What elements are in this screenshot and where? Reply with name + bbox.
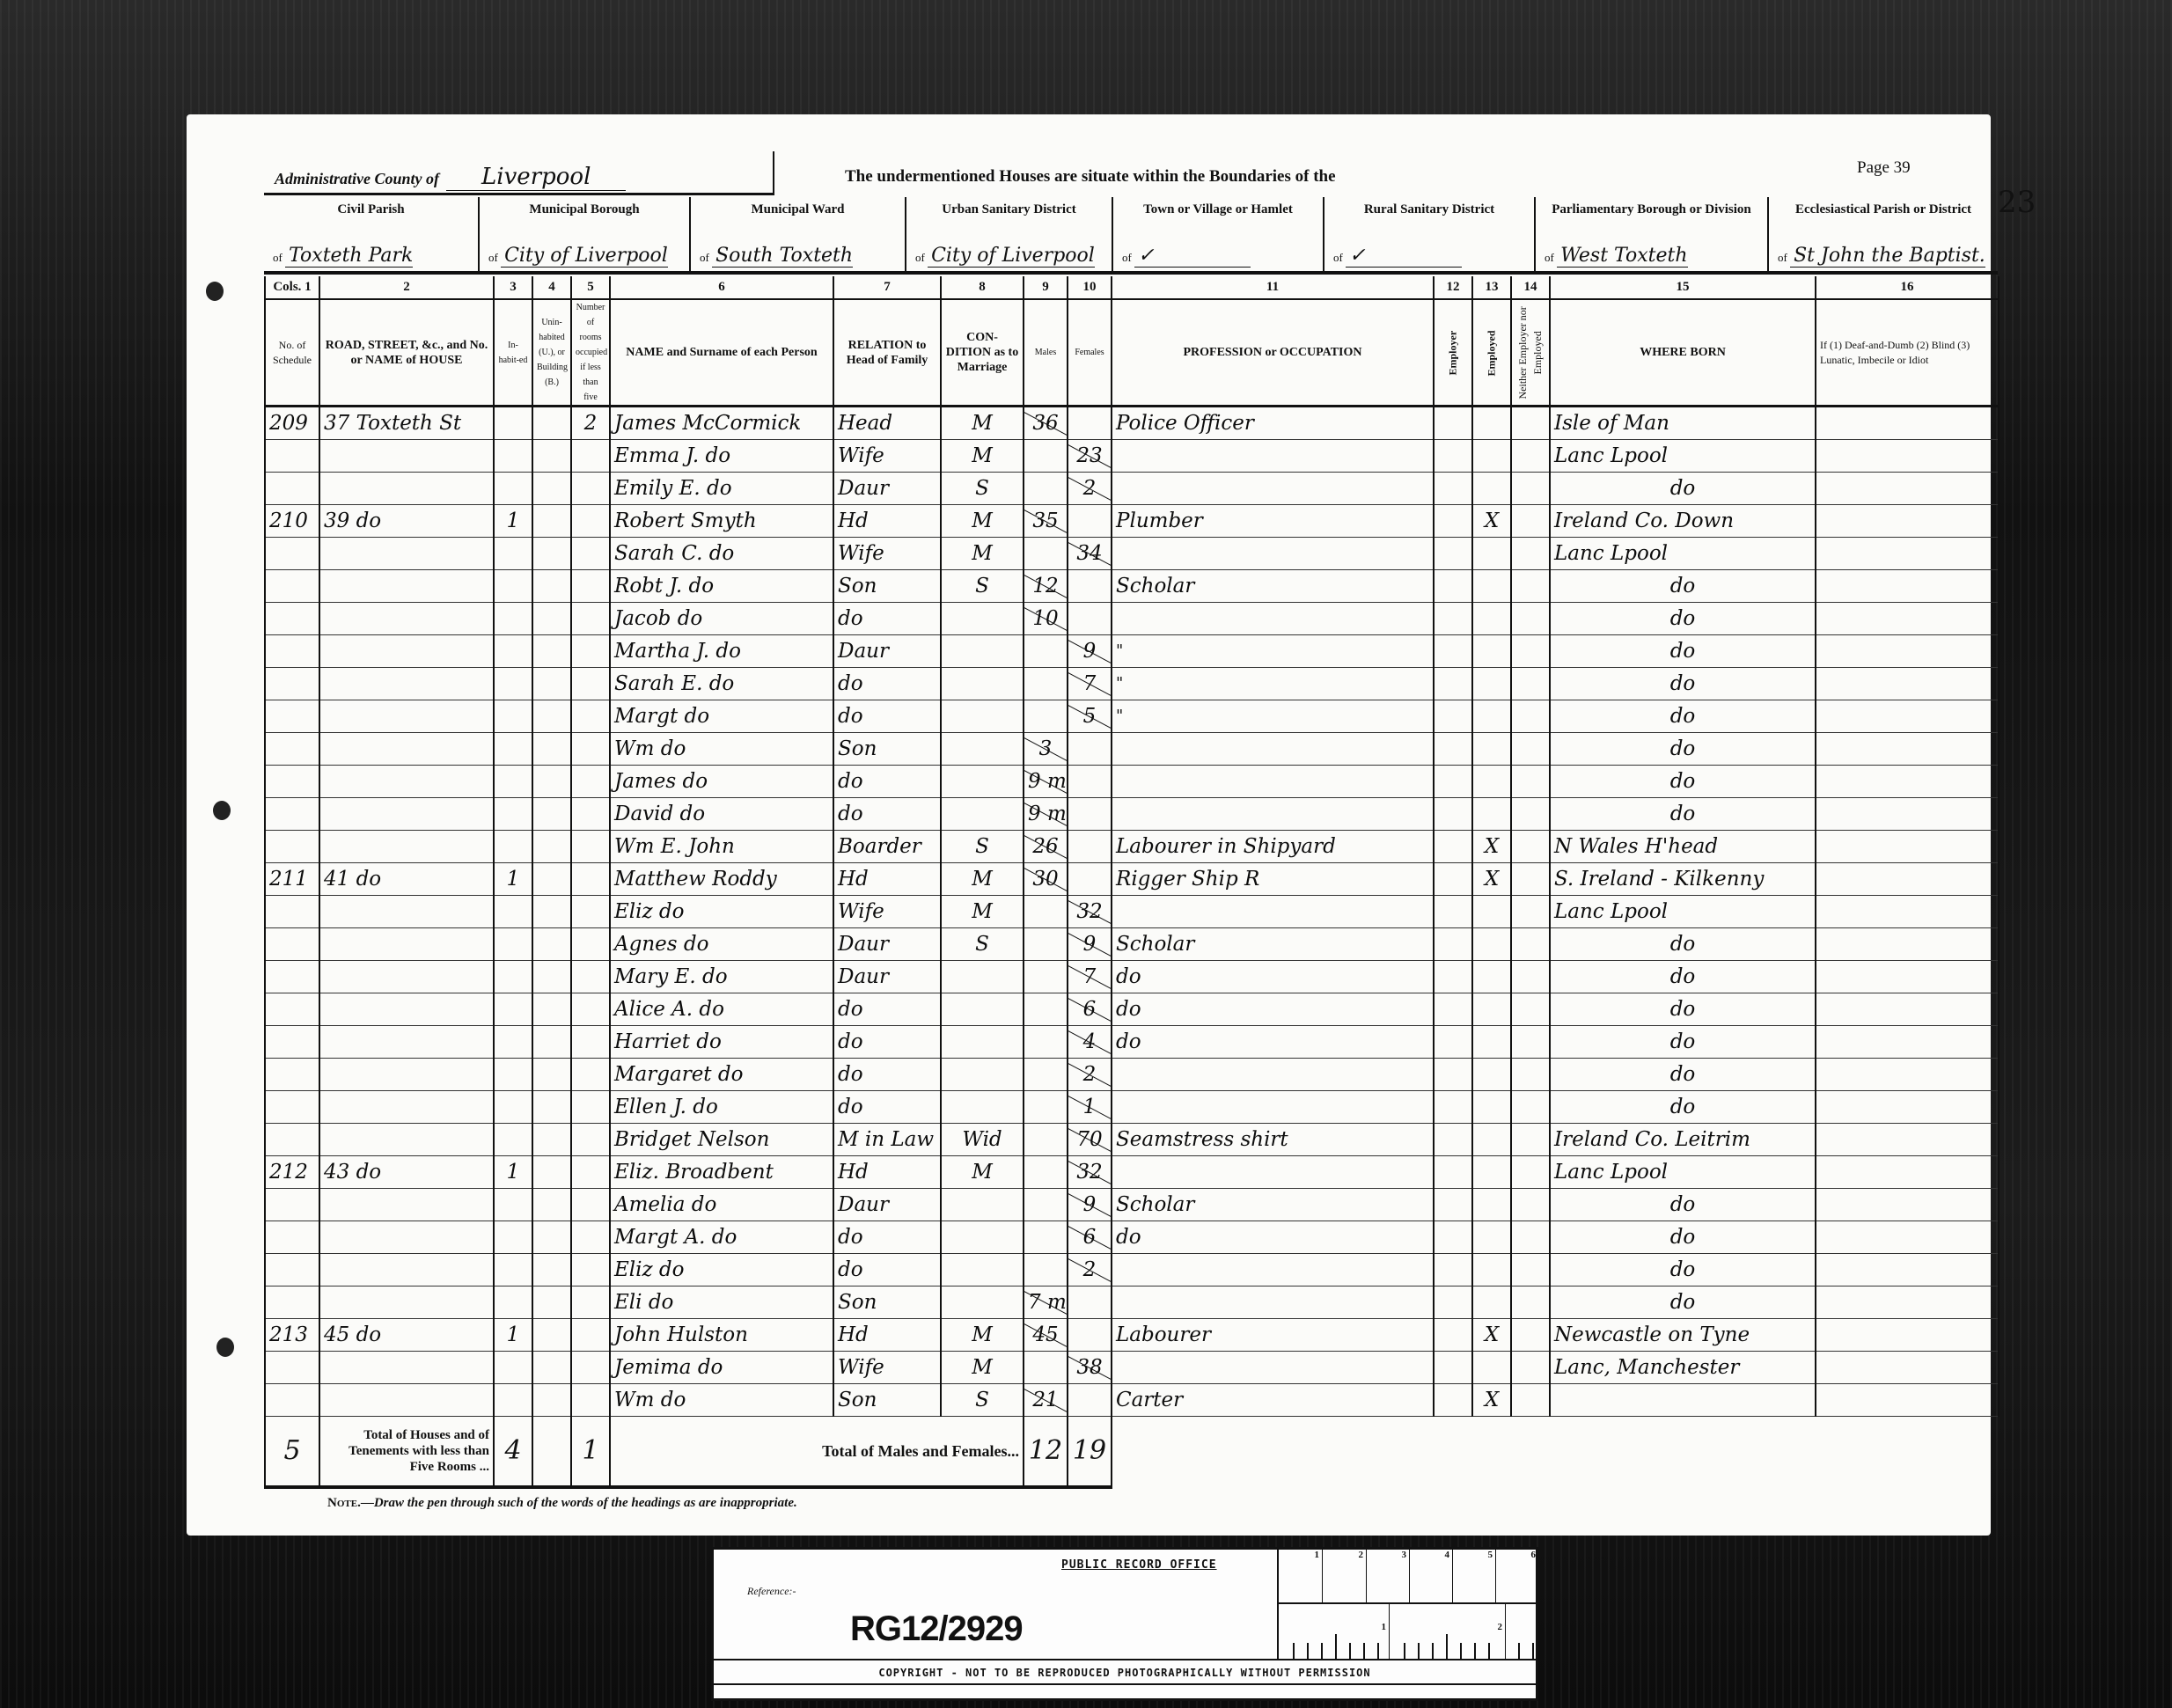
- name-cell: Bridget Nelson: [610, 1124, 833, 1156]
- employed-cell: [1472, 733, 1511, 766]
- male-age-cell: [1024, 896, 1068, 928]
- table-row: Wm E. JohnBoarderS26Labourer in Shipyard…: [265, 831, 1999, 863]
- infirmity-cell: [1816, 961, 1999, 993]
- infirmity-cell: [1816, 1124, 1999, 1156]
- inhabited-cell: [494, 1124, 532, 1156]
- name-cell: Martha J. do: [610, 635, 833, 668]
- employer-cell: [1434, 538, 1472, 570]
- inhabited-cell: [494, 570, 532, 603]
- condition-cell: M: [941, 1352, 1024, 1384]
- occupation-cell: [1112, 440, 1434, 473]
- female-age-cell: 23: [1068, 440, 1112, 473]
- uninhabited-cell: [532, 505, 571, 538]
- address-cell: [319, 1189, 494, 1221]
- birthplace-cell: do: [1550, 993, 1816, 1026]
- female-age-cell: 32: [1068, 896, 1112, 928]
- infirmity-cell: [1816, 1189, 1999, 1221]
- inhabited-cell: [494, 473, 532, 505]
- employer-cell: [1434, 473, 1472, 505]
- neither-cell: [1511, 668, 1550, 700]
- address-cell: [319, 1254, 494, 1286]
- occupation-cell: [1112, 1091, 1434, 1124]
- rooms-cell: [571, 1026, 610, 1059]
- male-age-cell: [1024, 1221, 1068, 1254]
- address-cell: [319, 993, 494, 1026]
- rooms-cell: [571, 1091, 610, 1124]
- address-cell: [319, 1059, 494, 1091]
- schedule-cell: [265, 635, 319, 668]
- header-occupation: PROFESSION or OCCUPATION: [1112, 299, 1434, 407]
- schedule-cell: [265, 1352, 319, 1384]
- uninhabited-cell: [532, 538, 571, 570]
- occupation-cell: do: [1112, 993, 1434, 1026]
- schedule-cell: [265, 1221, 319, 1254]
- male-age-cell: [1024, 993, 1068, 1026]
- employer-cell: [1434, 1352, 1472, 1384]
- address-cell: [319, 1026, 494, 1059]
- employer-cell: [1434, 993, 1472, 1026]
- occupation-cell: Police Officer: [1112, 407, 1434, 440]
- employer-cell: [1434, 505, 1472, 538]
- neither-cell: [1511, 538, 1550, 570]
- address-cell: [319, 440, 494, 473]
- neither-cell: [1511, 505, 1550, 538]
- reference-number: RG12/2929: [850, 1609, 1023, 1649]
- birthplace-cell: do: [1550, 1091, 1816, 1124]
- birthplace-cell: do: [1550, 1286, 1816, 1319]
- district-town-village: Town or Village or Hamlet of ✓: [1113, 197, 1324, 273]
- address-cell: [319, 1352, 494, 1384]
- employer-cell: [1434, 863, 1472, 896]
- district-ecclesiastical: Ecclesiastical Parish or District of St …: [1769, 197, 1998, 273]
- district-municipal-borough: Municipal Borough of City of Liverpool: [480, 197, 691, 273]
- male-age-cell: 30: [1024, 863, 1068, 896]
- totals-row: 5 Total of Houses and of Tenements with …: [265, 1417, 1999, 1487]
- inhabited-cell: [494, 440, 532, 473]
- employer-cell: [1434, 831, 1472, 863]
- infirmity-cell: [1816, 603, 1999, 635]
- table-row: Harriet dodo4dodo: [265, 1026, 1999, 1059]
- condition-cell: Wid: [941, 1124, 1024, 1156]
- employed-cell: [1472, 1124, 1511, 1156]
- relation-cell: Daur: [833, 961, 941, 993]
- inhabited-cell: [494, 538, 532, 570]
- name-cell: Eliz do: [610, 1254, 833, 1286]
- male-age-cell: [1024, 538, 1068, 570]
- address-cell: [319, 928, 494, 961]
- table-row: Martha J. doDaur9"do: [265, 635, 1999, 668]
- address-cell: [319, 831, 494, 863]
- uninhabited-cell: [532, 1059, 571, 1091]
- male-age-cell: [1024, 1352, 1068, 1384]
- inhabited-cell: [494, 1286, 532, 1319]
- uninhabited-cell: [532, 831, 571, 863]
- page-number: Page 39: [1857, 158, 1911, 178]
- inhabited-cell: [494, 700, 532, 733]
- schedule-cell: [265, 993, 319, 1026]
- birthplace-cell: do: [1550, 635, 1816, 668]
- female-age-cell: [1068, 1319, 1112, 1352]
- condition-cell: S: [941, 473, 1024, 505]
- male-age-cell: [1024, 1254, 1068, 1286]
- employed-cell: [1472, 993, 1511, 1026]
- condition-cell: [941, 1286, 1024, 1319]
- condition-cell: [941, 668, 1024, 700]
- condition-cell: [941, 1059, 1024, 1091]
- uninhabited-cell: [532, 635, 571, 668]
- employed-cell: [1472, 635, 1511, 668]
- male-age-cell: [1024, 1156, 1068, 1189]
- binding-hole: [206, 282, 224, 301]
- employed-cell: [1472, 407, 1511, 440]
- rooms-cell: [571, 440, 610, 473]
- relation-cell: Son: [833, 1384, 941, 1417]
- table-row: Amelia doDaur9Scholardo: [265, 1189, 1999, 1221]
- occupation-cell: do: [1112, 961, 1434, 993]
- neither-cell: [1511, 928, 1550, 961]
- occupation-cell: Scholar: [1112, 928, 1434, 961]
- male-age-cell: 10: [1024, 603, 1068, 635]
- relation-cell: Wife: [833, 538, 941, 570]
- employer-cell: [1434, 1091, 1472, 1124]
- header-employed: Employed: [1472, 299, 1511, 407]
- inhabited-cell: [494, 407, 532, 440]
- header-uninhabited: Unin-habited (U.), or Building (B.): [532, 299, 571, 407]
- inhabited-cell: 1: [494, 505, 532, 538]
- rooms-cell: [571, 1352, 610, 1384]
- name-cell: Emily E. do: [610, 473, 833, 505]
- uninhabited-cell: [532, 961, 571, 993]
- birthplace-cell: N Wales H'head: [1550, 831, 1816, 863]
- uninhabited-cell: [532, 1124, 571, 1156]
- header-relation: RELATION to Head of Family: [833, 299, 941, 407]
- occupation-cell: [1112, 538, 1434, 570]
- female-age-cell: 32: [1068, 1156, 1112, 1189]
- inhabited-cell: [494, 766, 532, 798]
- address-cell: 37 Toxteth St: [319, 407, 494, 440]
- employed-cell: [1472, 961, 1511, 993]
- schedule-cell: [265, 733, 319, 766]
- neither-cell: [1511, 635, 1550, 668]
- col-number: 5: [571, 276, 610, 299]
- condition-cell: M: [941, 896, 1024, 928]
- female-age-cell: 6: [1068, 993, 1112, 1026]
- infirmity-cell: [1816, 635, 1999, 668]
- female-age-cell: 9: [1068, 928, 1112, 961]
- uninhabited-cell: [532, 603, 571, 635]
- occupation-cell: [1112, 1156, 1434, 1189]
- birthplace-cell: Lanc Lpool: [1550, 1156, 1816, 1189]
- infirmity-cell: [1816, 1384, 1999, 1417]
- female-age-cell: 38: [1068, 1352, 1112, 1384]
- address-cell: [319, 798, 494, 831]
- col-number: 11: [1112, 276, 1434, 299]
- schedule-cell: [265, 603, 319, 635]
- admin-county-label: Administrative County of: [275, 170, 439, 187]
- condition-cell: S: [941, 928, 1024, 961]
- occupation-cell: [1112, 766, 1434, 798]
- col-number: Cols. 1: [265, 276, 319, 299]
- binding-hole: [213, 801, 231, 820]
- female-age-cell: [1068, 1384, 1112, 1417]
- name-cell: Margt do: [610, 700, 833, 733]
- total-schedules: 5: [265, 1417, 319, 1487]
- relation-cell: Daur: [833, 473, 941, 505]
- female-age-cell: [1068, 798, 1112, 831]
- total-uninhabited: [532, 1417, 571, 1487]
- birthplace-cell: do: [1550, 928, 1816, 961]
- schedule-cell: [265, 473, 319, 505]
- rooms-cell: [571, 473, 610, 505]
- condition-cell: [941, 961, 1024, 993]
- table-row: 21345 do1John HulstonHdM45LabourerXNewca…: [265, 1319, 1999, 1352]
- rooms-cell: [571, 538, 610, 570]
- employer-cell: [1434, 700, 1472, 733]
- employed-cell: [1472, 1059, 1511, 1091]
- employer-cell: [1434, 440, 1472, 473]
- schedule-cell: [265, 1254, 319, 1286]
- condition-cell: [941, 798, 1024, 831]
- infirmity-cell: [1816, 1091, 1999, 1124]
- occupation-cell: [1112, 1254, 1434, 1286]
- male-age-cell: 36: [1024, 407, 1068, 440]
- table-row: James dodo9 mosdo: [265, 766, 1999, 798]
- address-cell: [319, 1124, 494, 1156]
- male-age-cell: [1024, 1124, 1068, 1156]
- schedule-cell: [265, 928, 319, 961]
- uninhabited-cell: [532, 440, 571, 473]
- infirmity-cell: [1816, 733, 1999, 766]
- reference-label: Reference:-: [747, 1585, 796, 1598]
- infirmity-cell: [1816, 1254, 1999, 1286]
- schedule-cell: 211: [265, 863, 319, 896]
- uninhabited-cell: [532, 1189, 571, 1221]
- inhabited-cell: [494, 733, 532, 766]
- uninhabited-cell: [532, 473, 571, 505]
- male-age-cell: [1024, 635, 1068, 668]
- rooms-cell: [571, 928, 610, 961]
- condition-cell: [941, 766, 1024, 798]
- occupation-cell: ": [1112, 668, 1434, 700]
- rooms-cell: [571, 1124, 610, 1156]
- table-row: David dodo9 mosdo: [265, 798, 1999, 831]
- inhabited-cell: [494, 1352, 532, 1384]
- census-rows: 20937 Toxteth St2James McCormickHeadM36P…: [265, 407, 1999, 1417]
- neither-cell: [1511, 1059, 1550, 1091]
- occupation-cell: Plumber: [1112, 505, 1434, 538]
- birthplace-cell: [1550, 1384, 1816, 1417]
- condition-cell: [941, 1091, 1024, 1124]
- birthplace-cell: S. Ireland - Kilkenny: [1550, 863, 1816, 896]
- schedule-cell: [265, 961, 319, 993]
- col-number: 12: [1434, 276, 1472, 299]
- relation-cell: Daur: [833, 1189, 941, 1221]
- table-row: Wm doSonS21CarterX: [265, 1384, 1999, 1417]
- female-age-cell: 7: [1068, 961, 1112, 993]
- rooms-cell: [571, 1221, 610, 1254]
- infirmity-cell: [1816, 700, 1999, 733]
- employed-cell: [1472, 440, 1511, 473]
- relation-cell: Hd: [833, 505, 941, 538]
- schedule-cell: [265, 1384, 319, 1417]
- schedule-cell: [265, 1124, 319, 1156]
- female-age-cell: [1068, 766, 1112, 798]
- employed-cell: [1472, 1156, 1511, 1189]
- rooms-cell: [571, 505, 610, 538]
- name-cell: David do: [610, 798, 833, 831]
- employer-cell: [1434, 668, 1472, 700]
- col-number: 6: [610, 276, 833, 299]
- table-row: Jemima doWifeM38Lanc, Manchester: [265, 1352, 1999, 1384]
- female-age-cell: [1068, 733, 1112, 766]
- schedule-cell: 213: [265, 1319, 319, 1352]
- rooms-cell: [571, 993, 610, 1026]
- header-address: ROAD, STREET, &c., and No. or NAME of HO…: [319, 299, 494, 407]
- uninhabited-cell: [532, 928, 571, 961]
- employed-cell: X: [1472, 1384, 1511, 1417]
- neither-cell: [1511, 896, 1550, 928]
- employed-cell: [1472, 766, 1511, 798]
- address-cell: [319, 961, 494, 993]
- schedule-cell: 212: [265, 1156, 319, 1189]
- uninhabited-cell: [532, 700, 571, 733]
- employer-cell: [1434, 1059, 1472, 1091]
- rooms-cell: [571, 1384, 610, 1417]
- name-cell: John Hulston: [610, 1319, 833, 1352]
- address-cell: [319, 538, 494, 570]
- measurement-ruler: 1 2 3 4 5 6 1 2: [1277, 1550, 1538, 1659]
- uninhabited-cell: [532, 668, 571, 700]
- uninhabited-cell: [532, 798, 571, 831]
- district-parliamentary: Parliamentary Borough or Division of Wes…: [1536, 197, 1769, 273]
- employed-cell: [1472, 700, 1511, 733]
- occupation-cell: [1112, 473, 1434, 505]
- table-row: 21039 do1Robert SmythHdM35PlumberXIrelan…: [265, 505, 1999, 538]
- name-cell: Eliz. Broadbent: [610, 1156, 833, 1189]
- district-civil-parish: Civil Parish of Toxteth Park: [264, 197, 480, 273]
- inhabited-cell: [494, 1189, 532, 1221]
- employed-cell: [1472, 798, 1511, 831]
- schedule-cell: [265, 700, 319, 733]
- rooms-cell: 2: [571, 407, 610, 440]
- infirmity-cell: [1816, 407, 1999, 440]
- rooms-cell: [571, 1156, 610, 1189]
- inhabited-cell: [494, 1091, 532, 1124]
- relation-cell: do: [833, 1026, 941, 1059]
- table-row: Eliz doWifeM32Lanc Lpool: [265, 896, 1999, 928]
- rooms-cell: [571, 603, 610, 635]
- condition-cell: [941, 1254, 1024, 1286]
- col-number: 4: [532, 276, 571, 299]
- relation-cell: do: [833, 1059, 941, 1091]
- inhabited-cell: [494, 961, 532, 993]
- address-cell: [319, 1091, 494, 1124]
- table-row: Margaret dodo2do: [265, 1059, 1999, 1091]
- employer-cell: [1434, 1124, 1472, 1156]
- uninhabited-cell: [532, 993, 571, 1026]
- condition-cell: [941, 635, 1024, 668]
- employed-cell: [1472, 668, 1511, 700]
- neither-cell: [1511, 1124, 1550, 1156]
- occupation-cell: [1112, 1352, 1434, 1384]
- col-number: 9: [1024, 276, 1068, 299]
- employed-cell: [1472, 1221, 1511, 1254]
- employer-cell: [1434, 798, 1472, 831]
- rooms-cell: [571, 1189, 610, 1221]
- name-cell: Wm E. John: [610, 831, 833, 863]
- occupation-cell: [1112, 733, 1434, 766]
- occupation-cell: Scholar: [1112, 570, 1434, 603]
- birthplace-cell: do: [1550, 1254, 1816, 1286]
- female-age-cell: 34: [1068, 538, 1112, 570]
- employer-cell: [1434, 896, 1472, 928]
- address-cell: [319, 700, 494, 733]
- col-number: 14: [1511, 276, 1550, 299]
- female-age-cell: 4: [1068, 1026, 1112, 1059]
- female-age-cell: 9: [1068, 1189, 1112, 1221]
- relation-cell: do: [833, 1091, 941, 1124]
- neither-cell: [1511, 961, 1550, 993]
- female-age-cell: [1068, 831, 1112, 863]
- inhabited-cell: [494, 635, 532, 668]
- inhabited-cell: 1: [494, 1319, 532, 1352]
- female-age-cell: [1068, 505, 1112, 538]
- employer-cell: [1434, 766, 1472, 798]
- infirmity-cell: [1816, 863, 1999, 896]
- employed-cell: [1472, 1286, 1511, 1319]
- inhabited-cell: [494, 798, 532, 831]
- infirmity-cell: [1816, 668, 1999, 700]
- uninhabited-cell: [532, 733, 571, 766]
- condition-cell: [941, 733, 1024, 766]
- name-cell: James McCormick: [610, 407, 833, 440]
- header-females: Females: [1068, 299, 1112, 407]
- schedule-cell: [265, 766, 319, 798]
- name-cell: Wm do: [610, 1384, 833, 1417]
- occupation-cell: Rigger Ship R: [1112, 863, 1434, 896]
- uninhabited-cell: [532, 1091, 571, 1124]
- inhabited-cell: [494, 993, 532, 1026]
- inhabited-cell: 1: [494, 1156, 532, 1189]
- table-row: Ellen J. dodo1do: [265, 1091, 1999, 1124]
- neither-cell: [1511, 863, 1550, 896]
- name-cell: Eli do: [610, 1286, 833, 1319]
- condition-cell: M: [941, 440, 1024, 473]
- male-age-cell: 35: [1024, 505, 1068, 538]
- female-age-cell: 6: [1068, 1221, 1112, 1254]
- header-employer: Employer: [1434, 299, 1472, 407]
- neither-cell: [1511, 407, 1550, 440]
- copyright-notice: COPYRIGHT - NOT TO BE REPRODUCED PHOTOGR…: [714, 1659, 1536, 1685]
- neither-cell: [1511, 1091, 1550, 1124]
- infirmity-cell: [1816, 505, 1999, 538]
- infirmity-cell: [1816, 831, 1999, 863]
- birthplace-cell: do: [1550, 570, 1816, 603]
- table-row: Emily E. doDaurS2do: [265, 473, 1999, 505]
- col-number: 7: [833, 276, 941, 299]
- female-age-cell: 9: [1068, 635, 1112, 668]
- table-row: Emma J. doWifeM23Lanc Lpool: [265, 440, 1999, 473]
- occupation-cell: Scholar: [1112, 1189, 1434, 1221]
- condition-cell: M: [941, 407, 1024, 440]
- header-infirmity: If (1) Deaf-and-Dumb (2) Blind (3) Lunat…: [1816, 299, 1999, 407]
- occupation-cell: Seamstress shirt: [1112, 1124, 1434, 1156]
- inhabited-cell: [494, 1221, 532, 1254]
- infirmity-cell: [1816, 538, 1999, 570]
- employed-cell: [1472, 928, 1511, 961]
- birthplace-cell: do: [1550, 700, 1816, 733]
- address-cell: 41 do: [319, 863, 494, 896]
